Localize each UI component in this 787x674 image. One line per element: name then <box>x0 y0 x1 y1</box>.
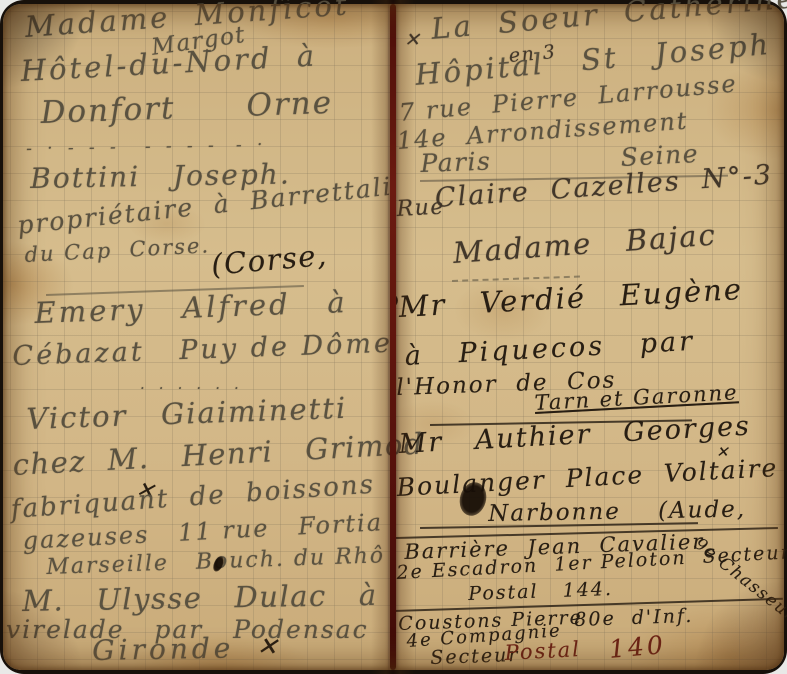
binding-stitch-line <box>390 4 396 670</box>
entry8-name: Mr Verdié Eugène <box>398 274 744 324</box>
entry11-postal: Postal <box>504 638 581 665</box>
entry11-number: 140 <box>608 631 667 663</box>
entry11-unit: 80e d'Inf. <box>574 606 694 631</box>
notebook-scan: Madame MonficotMargotHôtel-du-Nord àDonf… <box>0 0 787 674</box>
entry9-name: Mr Authier Georges <box>398 412 752 460</box>
entry9-line2: Boulanger Place Voltaire <box>396 454 779 501</box>
entry6-city: Paris <box>420 148 492 178</box>
entry10-line3: Postal 144. <box>468 579 613 605</box>
entry7-name: Madame Bajac <box>452 220 718 270</box>
entry8-line2: à Piquecos par <box>404 327 696 372</box>
